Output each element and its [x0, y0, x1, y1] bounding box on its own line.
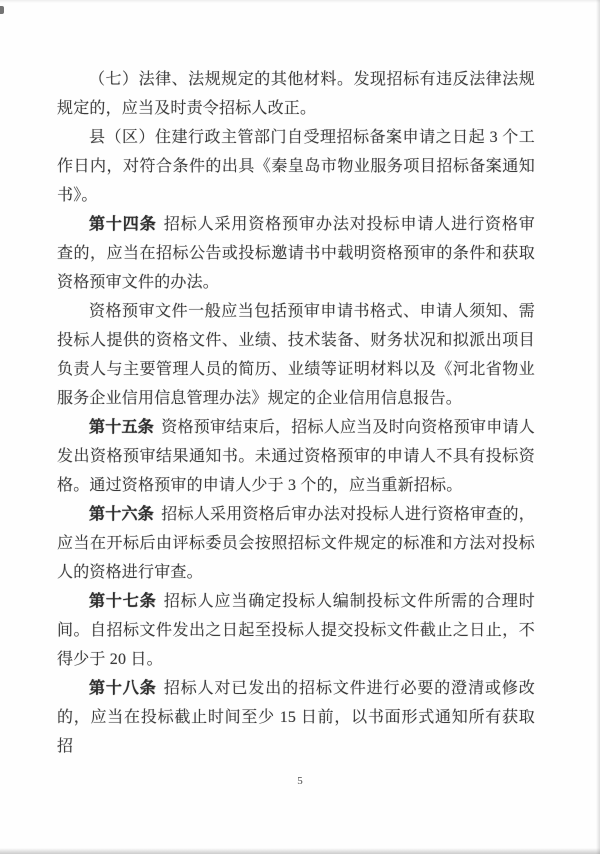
line-text: 资格预审结束后，招标人应当及时向资格预审申请人 [161, 419, 535, 436]
line-text: 查的，应当在招标公告或投标邀请书中载明资格预审的条件和获取 [57, 245, 535, 262]
line-text: 应当在开标后由评标委员会按照招标文件规定的标准和方法对投标 [57, 535, 535, 552]
line-text: 发出资格预审结果通知书。未通过资格预审的申请人不具有投标资 [57, 448, 535, 465]
line-text: 招标人采用资格预审办法对投标申请人进行资格审 [164, 216, 535, 233]
page-number: 5 [0, 775, 600, 787]
text-line: 得少于 20 日。 [57, 645, 535, 674]
text-line: （七）法律、法规规定的其他材料。发现招标有违反法律法规 [57, 65, 535, 94]
text-line: 发出资格预审结果通知书。未通过资格预审的申请人不具有投标资 [57, 442, 535, 471]
text-line: 资格预审文件一般应当包括预审申请书格式、申请人须知、需 [57, 297, 535, 326]
scan-speck [0, 6, 4, 14]
line-text: 书》。 [57, 187, 98, 204]
scan-edge-right [596, 0, 600, 854]
text-line: 第十五条资格预审结束后，招标人应当及时向资格预审申请人 [57, 413, 535, 442]
text-line: 资格预审文件的办法。 [57, 268, 535, 297]
line-text: 人的资格进行审查。 [57, 564, 203, 581]
text-line: 书》。 [57, 181, 535, 210]
text-line: 第十八条招标人对已发出的招标文件进行必要的澄清或修改 [57, 674, 535, 703]
text-line: 查的，应当在招标公告或投标邀请书中载明资格预审的条件和获取 [57, 239, 535, 268]
line-text: 负责人与主要管理人员的简历、业绩等证明材料以及《河北省物业 [57, 361, 535, 378]
line-text: 资格预审文件的办法。 [57, 274, 219, 291]
line-text: 得少于 20 日。 [57, 651, 163, 668]
line-text: 作日内，对符合条件的出具《秦皇岛市物业服务项目招标备案通知 [57, 158, 535, 175]
text-line: 服务企业信用信息管理办法》规定的企业信用信息报告。 [57, 384, 535, 413]
scan-edge-top [0, 0, 600, 3]
line-text: 投标人提供的资格文件、业绩、技术装备、财务状况和拟派出项目 [57, 332, 535, 349]
article-number: 第十五条 [89, 419, 154, 436]
line-text: 服务企业信用信息管理办法》规定的企业信用信息报告。 [57, 390, 462, 407]
text-line: 县（区）住建行政主管部门自受理招标备案申请之日起 3 个工 [57, 123, 535, 152]
text-line: 应当在开标后由评标委员会按照招标文件规定的标准和方法对投标 [57, 529, 535, 558]
text-line: 第十六条招标人采用资格后审办法对投标人进行资格审查的， [57, 500, 535, 529]
line-text: 县（区）住建行政主管部门自受理招标备案申请之日起 3 个工 [89, 129, 535, 146]
text-line: 作日内，对符合条件的出具《秦皇岛市物业服务项目招标备案通知 [57, 152, 535, 181]
line-text: 的，应当在投标截止时间至少 15 日前，以书面形式通知所有获取招 [57, 709, 535, 755]
text-line: 的，应当在投标截止时间至少 15 日前，以书面形式通知所有获取招 [57, 703, 535, 761]
article-number: 第十八条 [89, 680, 157, 697]
text-line: 第十四条招标人采用资格预审办法对投标申请人进行资格审 [57, 210, 535, 239]
text-line: 负责人与主要管理人员的简历、业绩等证明材料以及《河北省物业 [57, 355, 535, 384]
line-text: 格。通过资格预审的申请人少于 3 个的，应当重新招标。 [57, 477, 462, 494]
text-line: 人的资格进行审查。 [57, 558, 535, 587]
line-text: 规定的，应当及时责令招标人改正。 [57, 100, 316, 117]
document-body: （七）法律、法规规定的其他材料。发现招标有违反法律法规 规定的，应当及时责令招标… [57, 65, 535, 761]
scanned-document-page: （七）法律、法规规定的其他材料。发现招标有违反法律法规 规定的，应当及时责令招标… [0, 0, 600, 854]
article-number: 第十七条 [89, 593, 157, 610]
line-text: （七）法律、法规规定的其他材料。发现招标有违反法律法规 [89, 71, 535, 88]
article-number: 第十四条 [89, 216, 157, 233]
scan-edge-bottom [0, 848, 600, 854]
text-line: 投标人提供的资格文件、业绩、技术装备、财务状况和拟派出项目 [57, 326, 535, 355]
line-text: 招标人采用资格后审办法对投标人进行资格审查的， [161, 506, 535, 523]
line-text: 招标人对已发出的招标文件进行必要的澄清或修改 [164, 680, 535, 697]
text-line: 格。通过资格预审的申请人少于 3 个的，应当重新招标。 [57, 471, 535, 500]
text-line: 间。自招标文件发出之日起至投标人提交投标文件截止之日止，不 [57, 616, 535, 645]
line-text: 资格预审文件一般应当包括预审申请书格式、申请人须知、需 [89, 303, 535, 320]
line-text: 间。自招标文件发出之日起至投标人提交投标文件截止之日止，不 [57, 622, 535, 639]
line-text: 招标人应当确定投标人编制投标文件所需的合理时 [164, 593, 535, 610]
text-line: 规定的，应当及时责令招标人改正。 [57, 94, 535, 123]
text-line: 第十七条招标人应当确定投标人编制投标文件所需的合理时 [57, 587, 535, 616]
article-number: 第十六条 [89, 506, 154, 523]
